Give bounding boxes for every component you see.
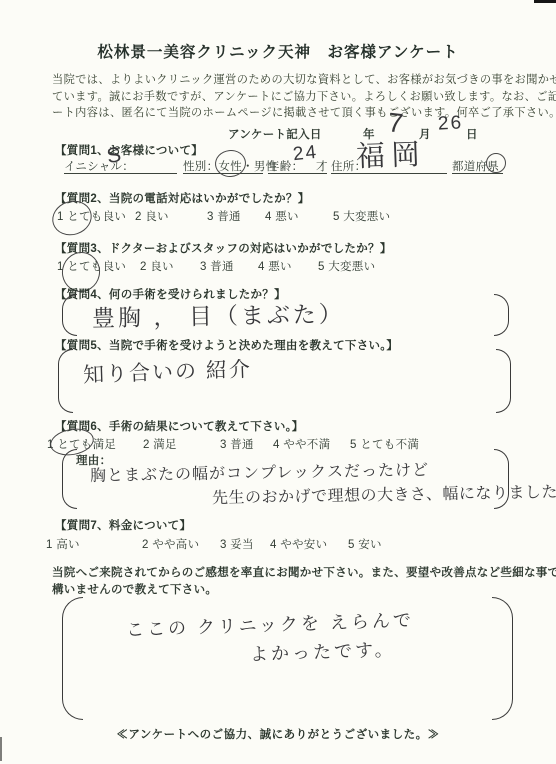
- q1-gender-prefix: 性別：: [183, 161, 218, 173]
- intro-line-2: ています。誠にお手数ですが、アンケートにご協力下さい。よろしくお願い致します。な…: [52, 88, 556, 104]
- q4-answer-bracket-right: [494, 294, 509, 336]
- q7-header: 【質問7、料金について】: [55, 517, 191, 533]
- q5-answer-bracket-left: [58, 349, 73, 413]
- q6-option-3: 3 普通: [220, 436, 254, 452]
- intro-line-1: 当院では、よりよいクリニック運営のための大切な資料として、お客様がお気づきの事を…: [52, 71, 556, 87]
- scan-artifact-top-right: [534, 0, 556, 3]
- gender-selection-circle: [214, 148, 248, 178]
- prefecture-selection-circle: [486, 153, 506, 173]
- q3-option-4: 4 悪い: [258, 258, 292, 274]
- q1-header: 【質問1、お客様について】: [55, 142, 203, 158]
- q7-option-5: 5 安い: [348, 536, 382, 552]
- q6-reason-bracket-left: [62, 449, 77, 509]
- q6-header: 【質問6、手術の結果について教えて下さい。】: [55, 418, 304, 434]
- q1-address-underline: [331, 173, 447, 174]
- q2-option-3: 3 普通: [207, 208, 241, 224]
- date-label: アンケート記入日: [228, 126, 322, 142]
- q7-option-2: 2 やや高い: [142, 536, 199, 552]
- q2-option-2: 2 良い: [135, 208, 169, 224]
- handwritten-address: 福岡: [355, 132, 426, 175]
- q2-option-5: 5 大変悪い: [333, 208, 390, 224]
- q6-option-2: 2 満足: [143, 436, 177, 452]
- feedback-bracket-left: [62, 597, 83, 720]
- q3-header: 【質問3、ドクターおよびスタッフの対応はいかがでしたか？】: [55, 240, 392, 256]
- q1-age-unit: 才: [316, 158, 328, 174]
- q3-option-5: 5 大変悪い: [318, 258, 375, 274]
- footer-thanks: ≪アンケートへのご協力、誠にありがとうございました。≫: [0, 726, 556, 742]
- q5-header: 【質問5、当院で手術を受けようと決めた理由を教えて下さい。】: [55, 337, 398, 353]
- q1-pref-prefix: 都道府: [452, 161, 487, 173]
- date-day-unit: 日: [466, 126, 478, 142]
- q7-option-4: 4 やや安い: [270, 536, 327, 552]
- q1-age-underline: [268, 173, 327, 174]
- q3-option-2: 2 良い: [140, 258, 174, 274]
- handwritten-q5-answer: 知り合いの 紹介: [83, 353, 253, 389]
- q2-header: 【質問2、当院の電話対応はいかがでしたか？】: [55, 190, 310, 206]
- survey-title: 松林景一美容クリニック天神 お客様アンケート: [0, 40, 556, 62]
- q3-option-3: 3 普通: [200, 258, 234, 274]
- scanned-survey-page: 松林景一美容クリニック天神 お客様アンケート 当院では、よりよいクリニック運営の…: [0, 0, 556, 764]
- q5-answer-bracket-right: [496, 349, 511, 413]
- handwritten-q4-answer: 豊胸 ， 目（まぶた）: [92, 296, 345, 333]
- q4-answer-bracket-left: [62, 294, 77, 336]
- q1-initial-underline: [64, 173, 177, 174]
- intro-line-3: ート内容は、匿名にて当院のホームページに掲載させて頂く事もございます。何卒ご了承…: [52, 104, 556, 120]
- feedback-prompt-line1: 当院へご来院されてからのご感想を率直にお聞かせ下さい。また、要望や改善点など些細…: [52, 564, 556, 580]
- q1-prefecture-underline: [452, 173, 503, 174]
- handwritten-day: 26: [437, 112, 463, 135]
- q7-option-1: 1 高い: [46, 536, 80, 552]
- q2-option-4: 4 悪い: [265, 208, 299, 224]
- q7-option-3: 3 妥当: [220, 536, 254, 552]
- feedback-bracket-right: [492, 597, 513, 720]
- q6-option-5: 5 とても不満: [350, 436, 419, 452]
- feedback-prompt-line2: 構いませんので教えて下さい。: [52, 581, 217, 597]
- handwritten-feedback-line2: よかったです。: [250, 635, 396, 666]
- q6-option-4: 4 やや不満: [273, 436, 330, 452]
